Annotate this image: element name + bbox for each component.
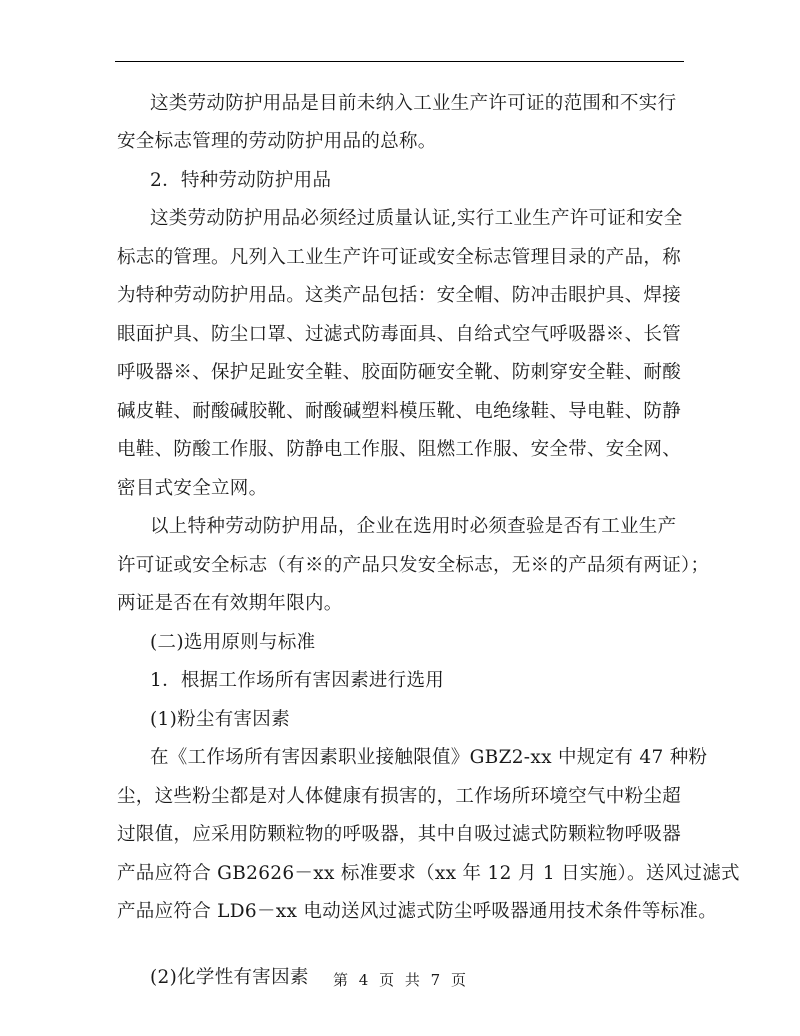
paragraph-line: 这类劳动防护用品必须经过质量认证,实行工业生产许可证和安全 <box>150 207 683 231</box>
paragraph-line: 呼吸器※、保护足趾安全鞋、胶面防砸安全靴、防刺穿安全鞋、耐酸 <box>117 361 681 385</box>
paragraph-line: 产品应符合 GB2626－xx 标准要求（xx 年 12 月 1 日实施）。送风… <box>117 862 740 886</box>
section-heading: (二)选用原则与标准 <box>150 631 315 655</box>
section-heading: 2．特种劳动防护用品 <box>150 169 331 193</box>
header-rule <box>115 61 684 62</box>
paragraph-line: 以上特种劳动防护用品，企业在选用时必须查验是否有工业生产 <box>150 515 676 539</box>
paragraph-line: 碱皮鞋、耐酸碱胶靴、耐酸碱塑料模压靴、电绝缘鞋、导电鞋、防静 <box>117 400 681 424</box>
paragraph-line: 这类劳动防护用品是目前未纳入工业生产许可证的范围和不实行 <box>150 92 676 116</box>
paragraph-line: 为特种劳动防护用品。这类产品包括：安全帽、防冲击眼护具、焊接 <box>117 284 681 308</box>
section-heading: 1．根据工作场所有害因素进行选用 <box>150 669 444 693</box>
paragraph-line: 两证是否在有效期年限内。 <box>117 592 343 616</box>
paragraph-line: 电鞋、防酸工作服、防静电工作服、阻燃工作服、安全带、安全网、 <box>117 438 681 462</box>
section-heading: (1)粉尘有害因素 <box>150 708 290 732</box>
paragraph-line: 密目式安全立网。 <box>117 477 267 501</box>
paragraph-line: 尘，这些粉尘都是对人体健康有损害的，工作场所环境空气中粉尘超 <box>117 785 681 809</box>
paragraph-line: 安全标志管理的劳动防护用品的总称。 <box>117 130 437 154</box>
paragraph-line: 过限值，应采用防颗粒物的呼吸器，其中自吸过滤式防颗粒物呼吸器 <box>117 823 681 847</box>
paragraph-line: 许可证或安全标志（有※的产品只发安全标志，无※的产品须有两证）； <box>117 554 709 578</box>
paragraph-line: 眼面护具、防尘口罩、过滤式防毒面具、自给式空气呼吸器※、长管 <box>117 323 681 347</box>
page-number: 第 4 页 共 7 页 <box>0 970 800 990</box>
paragraph-line: 标志的管理。凡列入工业生产许可证或安全标志管理目录的产品，称 <box>117 246 681 270</box>
paragraph-line: 产品应符合 LD6－xx 电动送风过滤式防尘呼吸器通用技术条件等标准。 <box>117 900 717 924</box>
paragraph-line: 在《工作场所有害因素职业接触限值》GBZ2-xx 中规定有 47 种粉 <box>150 746 707 770</box>
